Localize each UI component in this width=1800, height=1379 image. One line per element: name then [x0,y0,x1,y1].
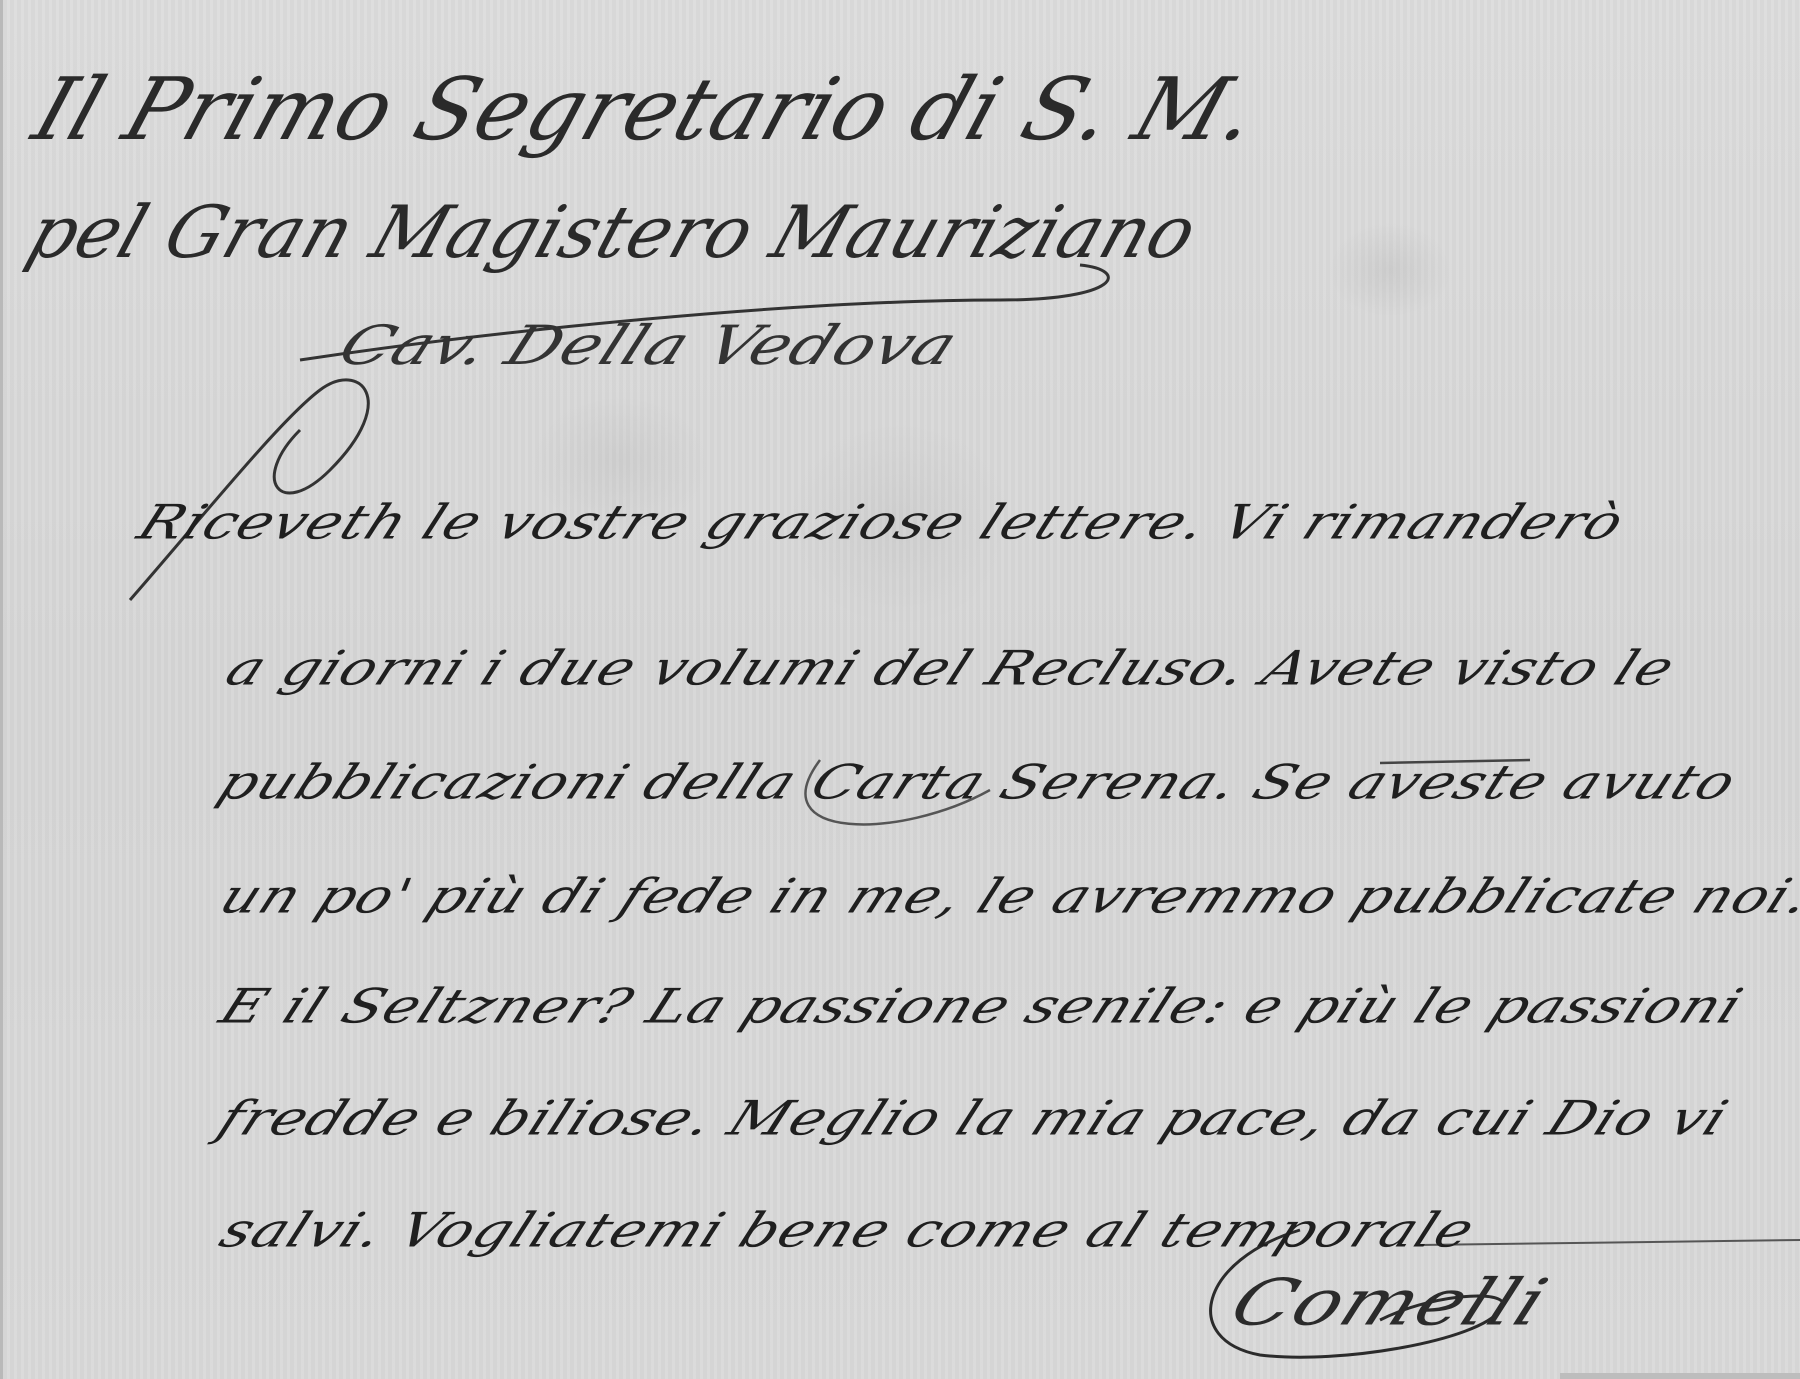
body-line: fredde e biliose. Meglio la mia pace, da… [210,1090,1737,1146]
page-edge-bottom [1560,1373,1800,1379]
body-line: Riceveth le vostre graziose lettere. Vi … [130,494,1633,550]
letterhead-subtitle: pel Gran Magistero Mauriziano [18,190,1208,274]
body-line: E il Seltzner? La passione senile: e più… [212,978,1752,1034]
body-line: salvi. Vogliatemi bene come al temporale [212,1202,1484,1258]
body-line: a giorni i due volumi del Recluso. Avete… [218,640,1684,696]
page-edge-left [0,0,3,1379]
body-line: un po' più di fede in me, le avremmo pub… [212,868,1800,924]
letterhead-title: Il Primo Segretario di S. M. [22,60,1271,160]
signature: Comelli [1220,1266,1558,1340]
addressee: Cav. Della Vedova [330,314,968,377]
body-line: pubblicazioni della Carta Serena. Se ave… [210,754,1745,810]
